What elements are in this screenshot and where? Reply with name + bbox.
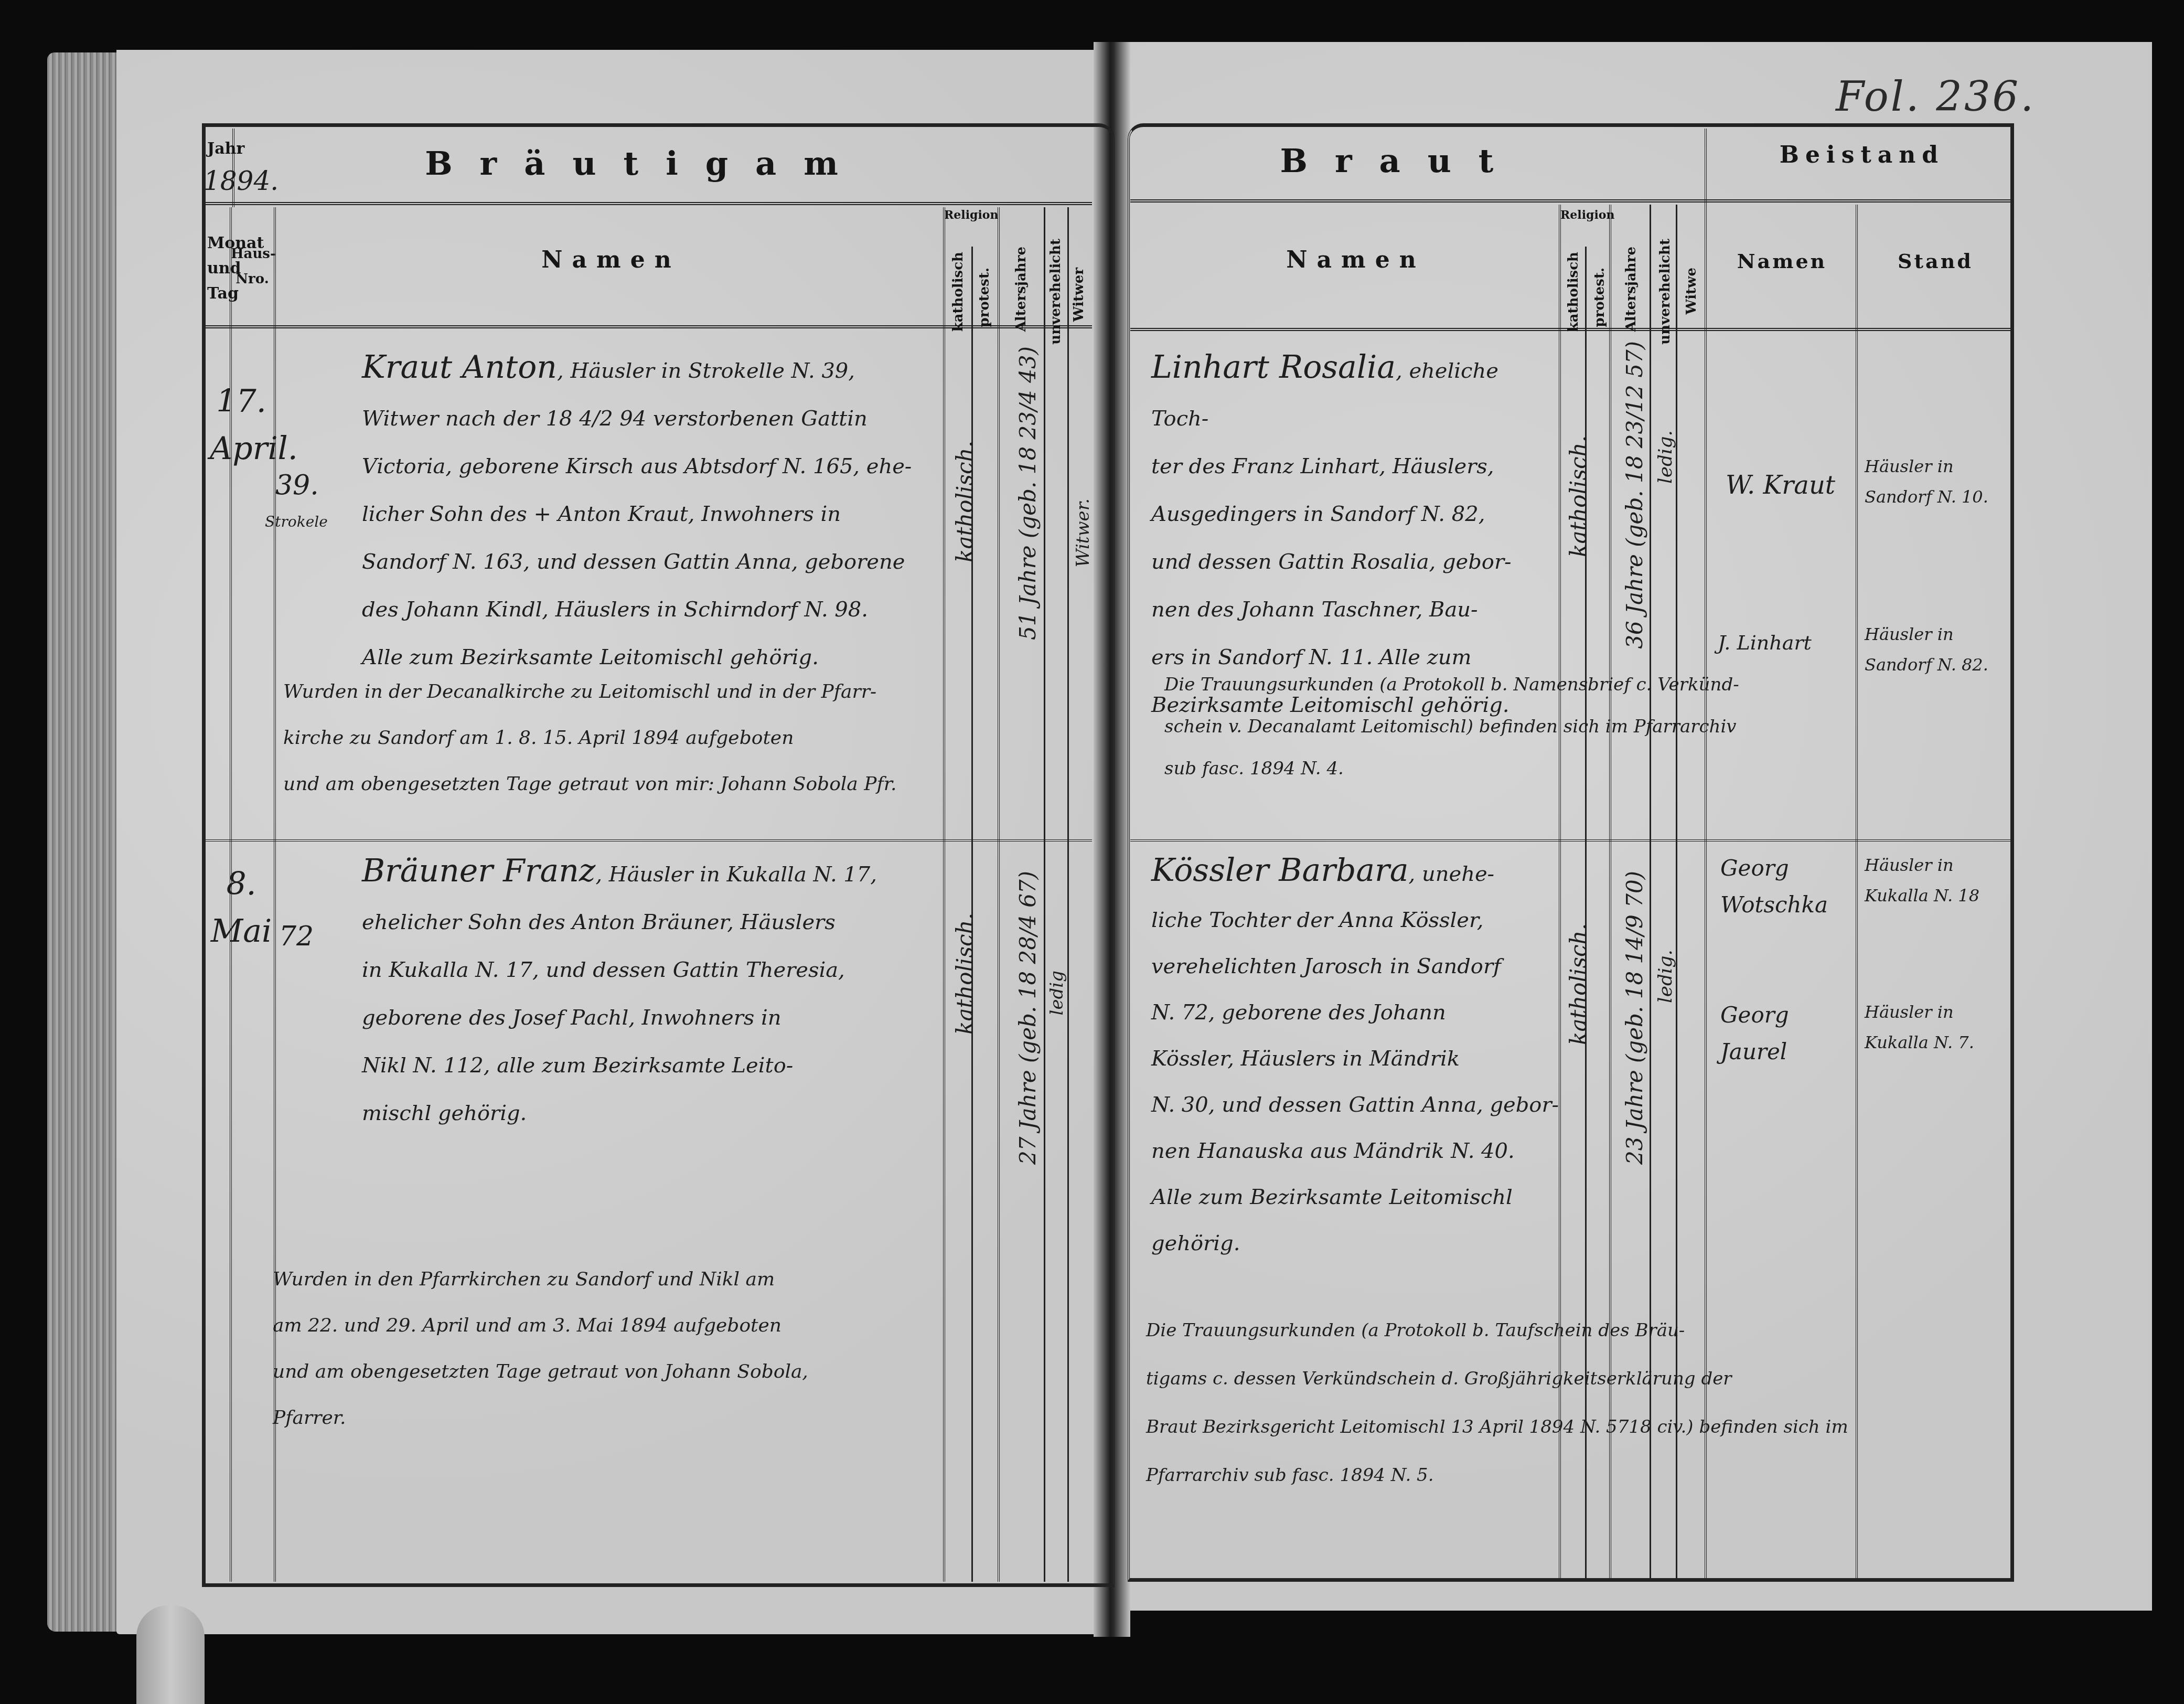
witness-name: W. Kraut xyxy=(1726,462,1857,509)
bride-entry-text: Kössler Barbara, unehe- liche Tochter de… xyxy=(1151,847,1560,1266)
bride-names-label: Namen xyxy=(1154,247,1558,273)
bride-religion: katholisch. xyxy=(1566,923,1591,1045)
documents-note: Die Trauungsurkunden (a Protokoll b. Nam… xyxy=(1164,664,1925,790)
entry-divider xyxy=(206,839,1092,842)
widow-label: Witwe xyxy=(1684,268,1699,315)
entry-date: 17. April. xyxy=(210,378,273,472)
witness-status: Häusler in Sandorf N. 10. xyxy=(1865,451,2006,512)
witness-name: Georg Jaurel xyxy=(1720,997,1851,1070)
wooden-page-holder xyxy=(136,1605,205,1704)
groom-religion: katholisch. xyxy=(952,913,978,1035)
witness-status-label: Stand xyxy=(1859,249,2011,273)
catholic-label: katholisch xyxy=(1566,252,1581,332)
documents-note: Die Trauungsurkunden (a Protokoll b. Tau… xyxy=(1146,1306,2038,1499)
house-number: 72 xyxy=(275,913,317,960)
bride-details: , unehe- liche Tochter der Anna Kössler,… xyxy=(1151,862,1559,1255)
col-divider-status xyxy=(1044,207,1045,1582)
banns-note: Wurden in den Pfarrkirchen zu Sandorf un… xyxy=(273,1256,1033,1441)
groom-names-label: Namen xyxy=(278,247,944,273)
folio-number: Fol. 236. xyxy=(1836,73,2036,121)
entry-divider xyxy=(1130,839,2011,842)
religion-label: Religion xyxy=(1560,207,1609,223)
age-label: Altersjahre xyxy=(1013,247,1029,332)
groom-details: , Häusler in Kukalla N. 17, ehelicher So… xyxy=(362,862,877,1125)
house-place: Strokele xyxy=(265,498,323,546)
bride-age: 23 Jahre (geb. 18 14/9 70) xyxy=(1622,871,1647,1165)
groom-age: 27 Jahre (geb. 18 28/4 67) xyxy=(1015,871,1041,1165)
unmarried-label: unverehelicht xyxy=(1048,239,1064,345)
witness-title: Beistand xyxy=(1710,142,2014,168)
header-divider xyxy=(1130,199,2011,203)
year-value: 1894. xyxy=(204,157,261,205)
bride-status: ledig. xyxy=(1655,950,1676,1003)
month-day-label: Monat und Tag xyxy=(207,231,231,306)
house-no-label: Haus-Nro. xyxy=(231,241,274,292)
catholic-label: katholisch xyxy=(950,252,966,332)
witness-name: J. Linhart xyxy=(1718,619,1854,667)
witness-status: Häusler in Kukalla N. 18 xyxy=(1865,850,2006,911)
groom-name: Kraut Anton xyxy=(362,349,557,386)
witness-names-label: Namen xyxy=(1707,249,1857,273)
bride-status: ledig. xyxy=(1655,430,1676,484)
witness-name: Georg Wotschka xyxy=(1720,850,1851,923)
bride-name: Kössler Barbara xyxy=(1151,852,1409,889)
witness-status: Häusler in Kukalla N. 7. xyxy=(1865,997,2006,1058)
groom-entry-text: Kraut Anton, Häusler in Strokelle N. 39,… xyxy=(362,344,949,681)
unmarried-label: unverehelicht xyxy=(1657,239,1673,345)
groom-name: Bräuner Franz xyxy=(362,853,595,889)
header-divider xyxy=(206,202,1092,205)
entry-date: 8. Mai xyxy=(210,860,273,955)
bride-title: Braut xyxy=(1164,142,1636,180)
bride-religion: katholisch. xyxy=(1566,435,1591,557)
groom-entry-text: Bräuner Franz, Häusler in Kukalla N. 17,… xyxy=(362,847,949,1137)
groom-religion: katholisch. xyxy=(952,441,978,562)
protestant-label: protest. xyxy=(977,268,992,327)
protestant-label: protest. xyxy=(1592,268,1608,327)
groom-age: 51 Jahre (geb. 18 23/4 43) xyxy=(1015,346,1041,640)
religion-label: Religion xyxy=(944,207,997,223)
groom-details: , Häusler in Strokelle N. 39, Witwer nac… xyxy=(362,359,912,669)
bride-name: Linhart Rosalia xyxy=(1151,349,1396,386)
bride-age: 36 Jahre (geb. 18 23/12 57) xyxy=(1622,341,1647,649)
book-page-edges-left xyxy=(47,52,118,1632)
groom-status: Witwer. xyxy=(1073,498,1094,567)
banns-note: Wurden in der Decanalkirche zu Leitomisc… xyxy=(283,669,1018,807)
groom-status: ledig xyxy=(1046,971,1067,1015)
widower-label: Witwer xyxy=(1071,268,1087,322)
col-divider-widower xyxy=(1067,207,1069,1582)
groom-title: Bräutigam xyxy=(278,144,1012,183)
age-label: Altersjahre xyxy=(1623,247,1639,332)
